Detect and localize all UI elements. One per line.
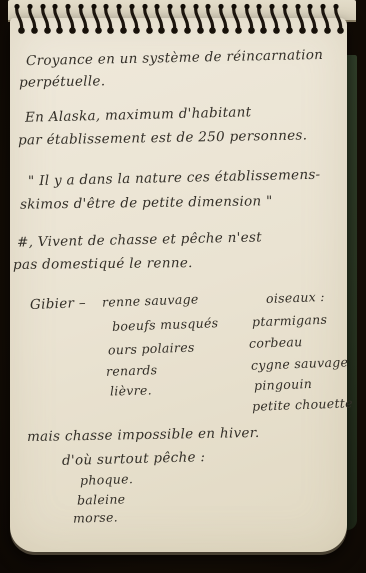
spiral-coil-icon: [204, 2, 217, 37]
spiral-coil-icon: [319, 2, 332, 37]
spiral-coil-icon: [306, 2, 319, 37]
handwritten-label-oiseaux: oiseaux :: [266, 289, 325, 306]
handwritten-list-item: ours polaires: [108, 339, 195, 357]
spiral-coil-icon: [102, 2, 115, 37]
spiral-coil-icon: [77, 2, 90, 37]
spiral-coil-icon: [179, 2, 192, 37]
spiral-coil-icon: [51, 2, 64, 37]
handwritten-line: perpétuelle.: [19, 73, 106, 91]
spiral-coil-icon: [141, 2, 154, 37]
spiral-coil-icon: [26, 2, 39, 37]
spiral-coil-icon: [166, 2, 179, 37]
spiral-coil-icon: [13, 2, 26, 37]
spiral-coil-icon: [294, 2, 307, 37]
spiral-coil-icon: [255, 2, 268, 37]
spiral-coil-icon: [90, 2, 103, 37]
spiral-coil-icon: [217, 2, 230, 37]
spiral-coil-icon: [281, 2, 294, 37]
notebook-page: [10, 18, 347, 552]
spiral-coil-icon: [64, 2, 77, 37]
spiral-coil-icon: [243, 2, 256, 37]
notebook-photo: Croyance en un système de réincarnation …: [0, 0, 366, 573]
spiral-coil-icon: [192, 2, 205, 37]
spiral-coil-icon: [153, 2, 166, 37]
spiral-coil-icon: [332, 2, 345, 37]
handwritten-list-item: ptarmigans: [252, 312, 328, 330]
handwritten-line: pas domestiqué le renne.: [13, 255, 193, 273]
handwritten-list-item: pingouin: [254, 376, 313, 393]
spiral-coil-icon: [39, 2, 52, 37]
handwritten-list-item: renards: [106, 362, 158, 379]
handwritten-list-item: morse.: [73, 509, 118, 525]
handwritten-list-item: baleine: [77, 491, 126, 507]
spiral-coil-icon: [128, 2, 141, 37]
spiral-coil-icon: [230, 2, 243, 37]
handwritten-label-gibier: Gibier –: [30, 295, 86, 313]
spiral-coil-icon: [115, 2, 128, 37]
handwritten-list-item: lièvre.: [110, 382, 152, 398]
handwritten-list-item: phoque.: [80, 471, 134, 488]
spiral-binding: [0, 0, 366, 40]
spiral-coil-icon: [268, 2, 281, 37]
handwritten-list-item: corbeau: [249, 334, 303, 351]
